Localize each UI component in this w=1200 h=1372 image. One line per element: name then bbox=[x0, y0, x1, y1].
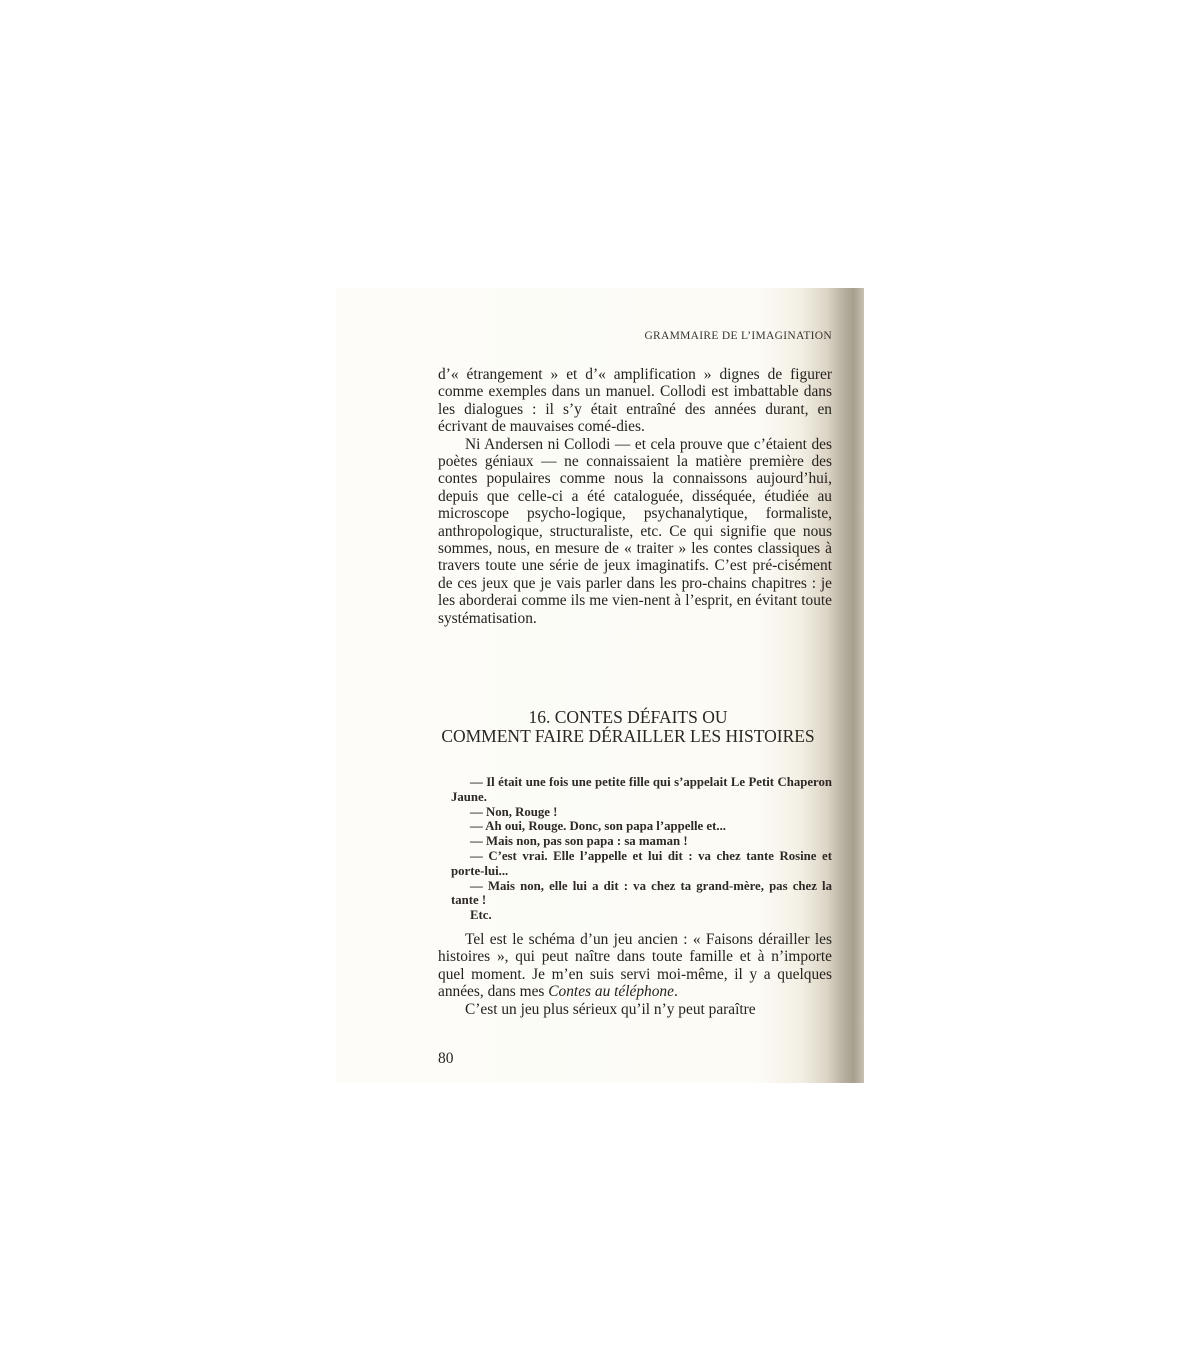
top-paragraphs: d’« étrangement » et d’« amplification »… bbox=[438, 366, 832, 627]
epigraph-dialogue: — Il était une fois une petite fille qui… bbox=[451, 775, 832, 923]
dialogue-line: Etc. bbox=[451, 908, 832, 923]
book-title-italic: Contes au téléphone bbox=[548, 983, 674, 1000]
bottom-paragraphs: Tel est le schéma d’un jeu ancien : « Fa… bbox=[438, 931, 832, 1018]
dialogue-line: — Non, Rouge ! bbox=[451, 805, 832, 820]
dialogue-line: — Mais non, elle lui a dit : va chez ta … bbox=[451, 879, 832, 909]
paragraph-schema-end: . bbox=[674, 983, 678, 1000]
paragraph-serious-game: C’est un jeu plus sérieux qu’il n’y peut… bbox=[438, 1001, 832, 1018]
dialogue-line: — C’est vrai. Elle l’appelle et lui dit … bbox=[451, 849, 832, 879]
running-head: GRAMMAIRE DE L’IMAGINATION bbox=[644, 330, 832, 342]
dialogue-line: — Ah oui, Rouge. Donc, son papa l’appell… bbox=[451, 819, 832, 834]
book-page: GRAMMAIRE DE L’IMAGINATION d’« étrangeme… bbox=[336, 288, 864, 1083]
paragraph-andersen-collodi: Ni Andersen ni Collodi — et cela prouve … bbox=[438, 436, 832, 627]
dialogue-line: — Il était une fois une petite fille qui… bbox=[451, 775, 832, 805]
dialogue-line: — Mais non, pas son papa : sa maman ! bbox=[451, 834, 832, 849]
paragraph-continued: d’« étrangement » et d’« amplification »… bbox=[438, 366, 832, 436]
chapter-title-line-1: 16. CONTES DÉFAITS OU bbox=[428, 708, 828, 727]
paragraph-schema: Tel est le schéma d’un jeu ancien : « Fa… bbox=[438, 931, 832, 1001]
page-number: 80 bbox=[438, 1050, 454, 1068]
chapter-title-line-2: COMMENT FAIRE DÉRAILLER LES HISTOIRES bbox=[428, 727, 828, 746]
chapter-title: 16. CONTES DÉFAITS OU COMMENT FAIRE DÉRA… bbox=[428, 708, 828, 746]
